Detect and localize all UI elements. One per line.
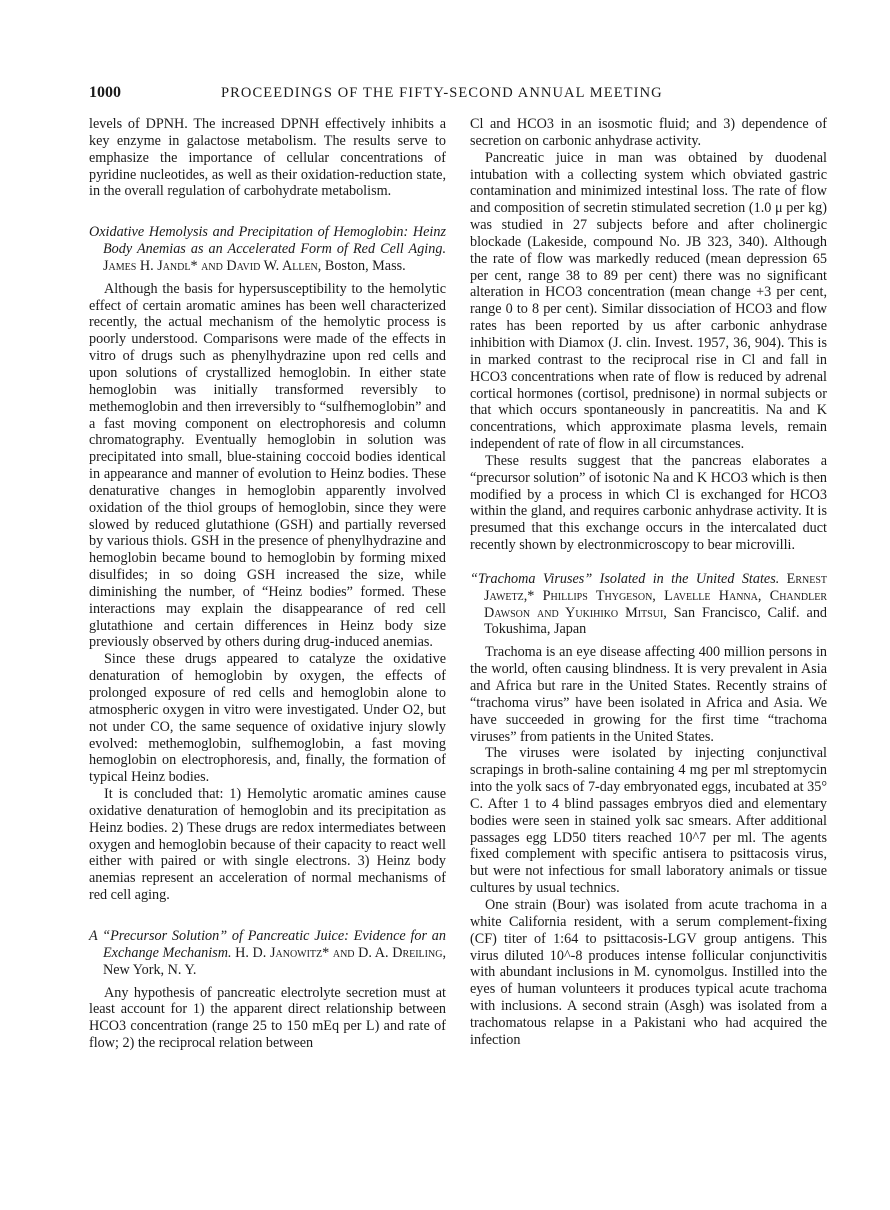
body-paragraph: These results suggest that the pancreas … bbox=[470, 453, 827, 554]
spacer bbox=[89, 217, 446, 224]
continuation-paragraph: levels of DPNH. The increased DPNH effec… bbox=[89, 116, 446, 200]
continuation-paragraph: Cl and HCO3 in an isosmotic fluid; and 3… bbox=[470, 116, 827, 150]
article-heading-oxidative-hemolysis: Oxidative Hemolysis and Precipitation of… bbox=[89, 224, 446, 275]
page-header: 1000 PROCEEDINGS OF THE FIFTY-SECOND ANN… bbox=[89, 84, 829, 106]
right-column: Cl and HCO3 in an isosmotic fluid; and 3… bbox=[470, 116, 827, 1049]
body-paragraph: Any hypothesis of pancreatic electrolyte… bbox=[89, 985, 446, 1052]
body-paragraph: Although the basis for hypersusceptibili… bbox=[89, 281, 446, 652]
body-paragraph: Pancreatic juice in man was obtained by … bbox=[470, 150, 827, 453]
spacer bbox=[470, 554, 827, 571]
article-heading-trachoma-viruses: “Trachoma Viruses” Isolated in the Unite… bbox=[470, 571, 827, 638]
body-paragraph: The viruses were isolated by injecting c… bbox=[470, 745, 827, 897]
body-paragraph: Trachoma is an eye disease affecting 400… bbox=[470, 644, 827, 745]
article-authors: James H. Jandl* and David W. Allen, bbox=[103, 258, 321, 274]
spacer bbox=[89, 921, 446, 928]
spacer bbox=[89, 904, 446, 921]
page-number: 1000 bbox=[89, 84, 121, 102]
article-location: Boston, Mass. bbox=[325, 258, 406, 274]
spacer bbox=[89, 200, 446, 217]
body-paragraph: Since these drugs appeared to catalyze t… bbox=[89, 651, 446, 786]
running-title: PROCEEDINGS OF THE FIFTY-SECOND ANNUAL M… bbox=[221, 85, 663, 102]
article-title: Oxidative Hemolysis and Precipitation of… bbox=[89, 224, 446, 257]
left-column: levels of DPNH. The increased DPNH effec… bbox=[89, 116, 446, 1052]
article-authors: H. D. Janowitz* and D. A. Dreiling, bbox=[235, 945, 446, 961]
article-title: “Trachoma Viruses” Isolated in the Unite… bbox=[470, 571, 779, 587]
body-paragraph: One strain (Bour) was isolated from acut… bbox=[470, 897, 827, 1049]
article-heading-precursor-solution: A “Precursor Solution” of Pancreatic Jui… bbox=[89, 928, 446, 979]
article-location: New York, N. Y. bbox=[103, 962, 196, 978]
body-paragraph: It is concluded that: 1) Hemolytic aroma… bbox=[89, 786, 446, 904]
